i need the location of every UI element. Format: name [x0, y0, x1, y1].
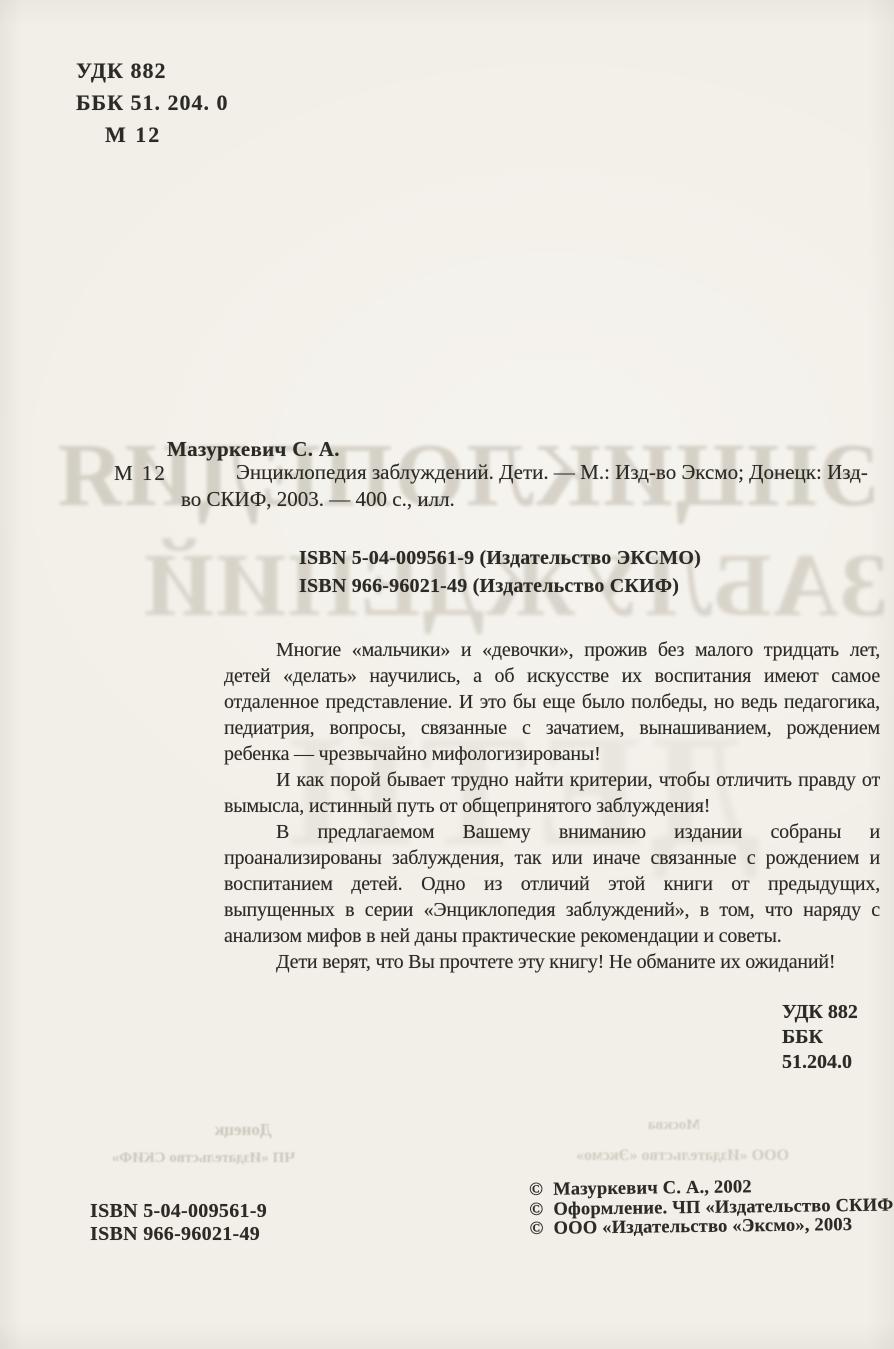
top-classification-codes: УДК 882 ББК 51. 204. 0 М 12: [76, 55, 229, 151]
ghost-city-moscow: Москва: [638, 1117, 710, 1134]
annotation-paragraph: Многие «мальчики» и «девочки», прожив бе…: [224, 637, 880, 767]
udk-code-top: УДК 882: [76, 55, 229, 87]
isbn-bottom-line2: ISBN 966-96021-49: [90, 1223, 267, 1246]
isbn-skif: ISBN 966-96021-49 (Издательство СКИФ): [299, 572, 701, 600]
annotation-paragraph: В предлагаемом Вашему вниманию издании с…: [224, 819, 880, 949]
author-sign-top: М 12: [76, 119, 229, 151]
ghost-publisher-eksmo: ООО «Издательство «Эксмо»: [550, 1147, 815, 1165]
annotation-paragraph: И как порой бывает трудно найти критерии…: [224, 767, 880, 819]
udk-code-bottom: УДК 882: [782, 1000, 894, 1025]
isbn-block-bottom: ISBN 5-04-009561-9 ISBN 966-96021-49: [90, 1200, 267, 1246]
copyright-line: ©ООО «Издательство «Эксмо», 2003: [529, 1215, 894, 1240]
bbk-code-bottom: ББК 51.204.0: [782, 1025, 894, 1075]
copyright-icon: ©: [529, 1200, 543, 1220]
copyright-icon: ©: [529, 1181, 543, 1201]
isbn-block: ISBN 5-04-009561-9 (Издательство ЭКСМО) …: [299, 544, 701, 600]
copyright-block: ©Мазуркевич С. А., 2002 ©Оформление. ЧП …: [529, 1176, 894, 1240]
annotation-text: Многие «мальчики» и «девочки», прожив бе…: [224, 637, 880, 975]
copyright-icon: ©: [529, 1220, 543, 1240]
catalog-author-sign: М 12: [114, 461, 167, 486]
ghost-publisher-skif: ЧП «Издательство СКИФ»: [106, 1150, 301, 1167]
catalog-entry-text: Энциклопедия заблуждений. Дети. — М.: Из…: [181, 459, 882, 512]
isbn-bottom-line1: ISBN 5-04-009561-9: [90, 1200, 267, 1223]
bbk-code-top: ББК 51. 204. 0: [76, 87, 229, 119]
annotation-paragraph: Дети верят, что Вы прочтете эту книгу! Н…: [224, 949, 880, 975]
ghost-city-donetsk: Донецк: [198, 1120, 288, 1140]
isbn-eksmo: ISBN 5-04-009561-9 (Издательство ЭКСМО): [299, 544, 701, 572]
book-copyright-page: ЭНЦИКЛОПЕДИЯ ЗАБЛУЖДЕНИЙ ДЕТИ Донецк ЧП …: [0, 0, 894, 1349]
bottom-classification-codes: УДК 882 ББК 51.204.0: [782, 1000, 894, 1075]
